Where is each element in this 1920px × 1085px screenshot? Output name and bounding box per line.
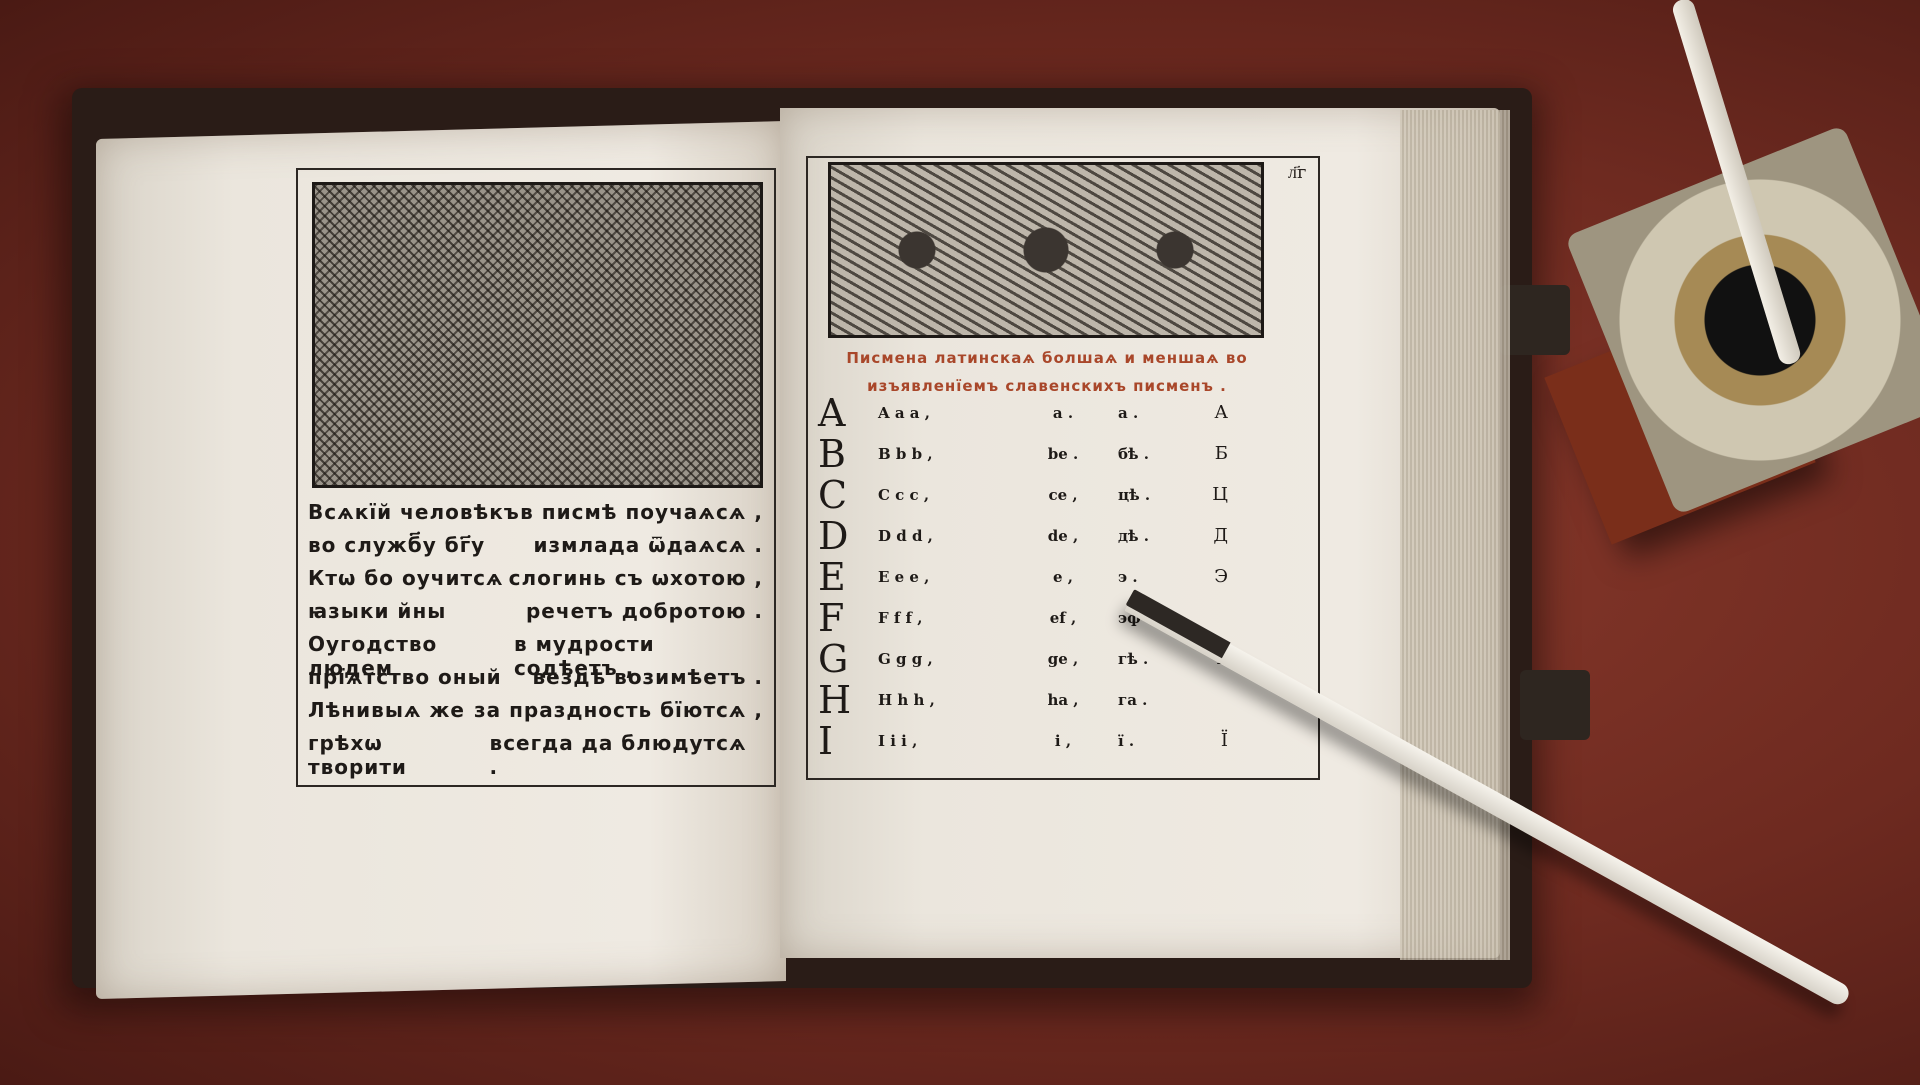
alphabet-row: AA a a ,a .а .А <box>818 392 1248 433</box>
verse-row: Ктѡ бо оучитсѧслогинь съ ѡхотою , <box>308 566 763 599</box>
verse-row: во служб҃у бг҃уизмлада ѿдаѧсѧ . <box>308 533 763 566</box>
alphabet-row: HH h h ,ha ,га . <box>818 679 1248 720</box>
alphabet-row: DD d d ,de ,дѣ .Д <box>818 515 1248 556</box>
alphabet-row: GG g g ,ge ,гѣ .Г <box>818 638 1248 679</box>
verse-row: грѣхѡ творитивсегда да блюдутсѧ . <box>308 731 763 764</box>
alphabet-table: AA a a ,a .а .А BB b b ,be .бѣ .Б CC c c… <box>818 392 1248 761</box>
alphabet-row: CC c c ,ce ,цѣ .Ц <box>818 474 1248 515</box>
verse-block: Всѧкїй человѣкъв писмѣ поучаѧсѧ , во слу… <box>308 500 763 764</box>
verse-row: прїѧтство оныйвездѣ возимѣетъ . <box>308 665 763 698</box>
verse-row: Лѣнивыѧ жеза праздность бїютсѧ , <box>308 698 763 731</box>
verse-row: Всѧкїй человѣкъв писмѣ поучаѧсѧ , <box>308 500 763 533</box>
alphabet-row: BB b b ,be .бѣ .Б <box>818 433 1248 474</box>
verse-row: ꙗзыки йныречетъ добротою . <box>308 599 763 632</box>
alphabet-row: EE e e ,e ,э .Э <box>818 556 1248 597</box>
clasp-top <box>1500 285 1570 355</box>
page-edges <box>1400 110 1510 960</box>
clasp-bottom <box>1520 670 1590 740</box>
ornamental-headpiece <box>828 162 1264 338</box>
verse-row: Оугодство людемв мудрости содѣетъ , <box>308 632 763 665</box>
alphabet-row: II i i ,i ,ї .Ї <box>818 720 1248 761</box>
page-number: л҃г <box>1288 162 1306 183</box>
woodcut-illustration <box>312 182 763 488</box>
